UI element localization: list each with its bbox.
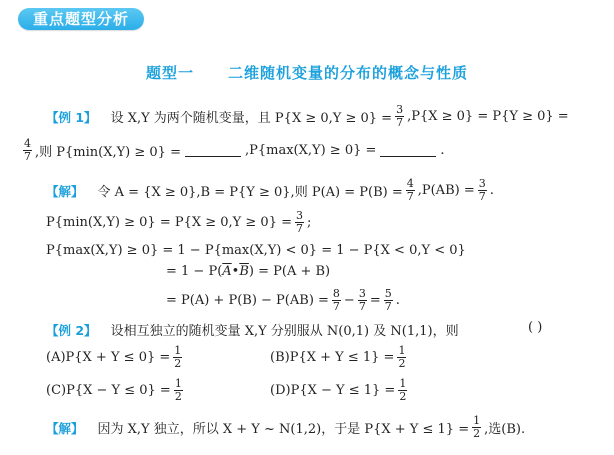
fraction: 37 <box>395 104 404 129</box>
fraction: 12 <box>397 345 406 370</box>
fraction: 12 <box>173 345 182 370</box>
example1-line1: 【例 1】 设 X,Y 为两个随机变量，且 P{X ≥ 0,Y ≥ 0} = 3… <box>46 104 569 129</box>
fraction: 12 <box>174 378 183 403</box>
period: . <box>440 143 444 158</box>
example1-text-cont: ,P{X ≥ 0} = P{Y ≥ 0} = <box>407 109 569 124</box>
option-d[interactable]: (D)P{X − Y ≤ 1} = 12 <box>270 378 410 403</box>
example1-line2: 47 ,则 P{min(X,Y) ≥ 0} = ,P{max(X,Y) ≥ 0}… <box>20 138 445 163</box>
topic-label: 题型一 <box>146 64 194 82</box>
answer-blank-1[interactable] <box>185 144 241 157</box>
fraction: 12 <box>398 378 407 403</box>
example1-text: ,P{max(X,Y) ≥ 0} = <box>245 143 376 158</box>
example1-text: ,则 P{min(X,Y) ≥ 0} = <box>35 141 181 160</box>
topic-title: 题型一二维随机变量的分布的概念与性质 <box>0 62 614 83</box>
complement-a: A <box>222 264 231 279</box>
example2-line: 【例 2】 设相互独立的随机变量 X,Y 分别服从 N(0,1) 及 N(1,1… <box>46 320 459 339</box>
solution1-line1: 【解】 令 A = {X ≥ 0},B = P{Y ≥ 0},则 P(A) = … <box>46 178 494 203</box>
solution-text: = P(A) + P(B) − P(AB) = <box>166 293 329 308</box>
fraction: 12 <box>472 415 481 440</box>
solution-text: ,P(AB) = <box>418 183 475 198</box>
option-c[interactable]: (C)P{X − Y ≤ 0} = 12 <box>46 378 186 403</box>
example2-tag: 【例 2】 <box>46 321 97 339</box>
option-b[interactable]: (B)P{X + Y ≤ 1} = 12 <box>270 345 409 370</box>
option-a[interactable]: (A)P{X + Y ≤ 0} = 12 <box>46 345 185 370</box>
period: . <box>396 293 400 308</box>
complement-b: B <box>239 264 249 279</box>
fraction: 57 <box>384 288 393 313</box>
solution1-line2: P{min(X,Y) ≥ 0} = P{X ≥ 0,Y ≥ 0} = 37 ; <box>46 210 311 235</box>
fraction: 87 <box>332 288 341 313</box>
solution1-line3: P{max(X,Y) ≥ 0} = 1 − P{max(X,Y) < 0} = … <box>46 243 466 258</box>
fraction: 37 <box>358 288 367 313</box>
solution1-tag: 【解】 <box>46 182 84 200</box>
solution2-tag: 【解】 <box>46 419 84 437</box>
solution-text: 令 A = {X ≥ 0},B = P{Y ≥ 0},则 P(A) = P(B)… <box>98 181 403 200</box>
minus: − <box>344 293 355 308</box>
solution-text: 因为 X,Y 独立，所以 X + Y ~ N(1,2)，于是 P{X + Y ≤… <box>98 418 470 437</box>
topic-name: 二维随机变量的分布的概念与性质 <box>228 64 468 82</box>
fraction: 37 <box>478 178 487 203</box>
example2-text: 设相互独立的随机变量 X,Y 分别服从 N(0,1) 及 N(1,1)，则 <box>111 320 459 339</box>
answer-paren[interactable]: ( ) <box>528 320 542 335</box>
solution-text: ) = P(A + B) <box>249 264 330 279</box>
answer-blank-2[interactable] <box>380 144 436 157</box>
solution-text: ,选(B). <box>484 418 525 437</box>
solution2-line: 【解】 因为 X,Y 独立，所以 X + Y ~ N(1,2)，于是 P{X +… <box>46 415 525 440</box>
semicolon: ; <box>307 215 311 230</box>
solution1-line5: = P(A) + P(B) − P(AB) = 87 − 37 = 57 . <box>166 288 400 313</box>
fraction: 47 <box>406 178 415 203</box>
example1-tag: 【例 1】 <box>46 108 97 126</box>
example1-text: 设 X,Y 为两个随机变量，且 P{X ≥ 0,Y ≥ 0} = <box>111 107 393 126</box>
fraction: 47 <box>23 138 32 163</box>
period: . <box>490 183 494 198</box>
equals: = <box>370 293 381 308</box>
section-badge: 重点题型分析 <box>18 8 144 30</box>
fraction: 37 <box>295 210 304 235</box>
solution1-line4: = 1 − P(A • B) = P(A + B) <box>166 264 330 279</box>
solution-text: = 1 − P( <box>166 264 222 279</box>
solution-text: P{min(X,Y) ≥ 0} = P{X ≥ 0,Y ≥ 0} = <box>46 215 292 230</box>
